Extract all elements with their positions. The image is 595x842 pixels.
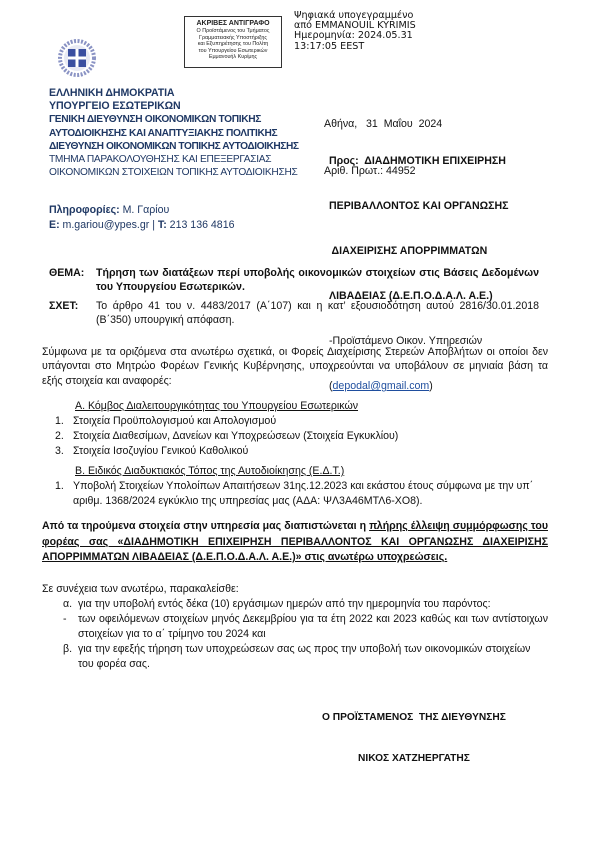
- subject-text: Τήρηση των διατάξεων περί υποβολής οικον…: [96, 266, 539, 295]
- requests: Σε συνέχεια των ανωτέρω, παρακαλείσθε: α…: [42, 582, 548, 672]
- item-text: Υποβολή Στοιχείων Υπολοίπων Απαιτήσεων 3…: [73, 480, 533, 507]
- request-subitem: - των οφειλόμενων στοιχείων μηνός Δεκεμβ…: [42, 612, 548, 642]
- info-label: Πληροφορίες:: [49, 204, 120, 216]
- reference-text: Το άρθρο 41 του ν. 4483/2017 (Α΄107) και…: [96, 299, 539, 328]
- letterhead-general-directorate: ΓΕΝΙΚΗ ΔΙΕΥΘΥΝΣΗ ΟΙΚΟΝΟΜΙΚΩΝ ΤΟΠΙΚΗΣ: [49, 113, 299, 126]
- certified-copy-stamp: ΑΚΡΙΒΕΣ ΑΝΤΙΓΡΑΦΟ Ο Προϊστάμενος του Τμή…: [184, 16, 282, 68]
- info-value: Μ. Γαρίου: [120, 204, 170, 216]
- item-number: α.: [63, 597, 72, 612]
- letterhead-department: ΟΙΚΟΝΟΜΙΚΩΝ ΣΤΟΙΧΕΙΩΝ ΤΟΠΙΚΗΣ ΑΥΤΟΔΙΟΙΚΗ…: [49, 166, 299, 179]
- list-item: 1. Υποβολή Στοιχείων Υπολοίπων Απαιτήσεω…: [55, 479, 548, 509]
- digital-signature: Ψηφιακά υπογεγραμμένο από EMMANOUIL KYRI…: [294, 11, 416, 52]
- section-a: Α. Κόμβος Διαλειτουργικότητας του Υπουργ…: [42, 399, 548, 459]
- item-text: των οφειλόμενων στοιχείων μηνός Δεκεμβρί…: [78, 613, 548, 640]
- recipient-name: ΠΕΡΙΒΑΛΛΟΝΤΟΣ ΚΑΙ ΟΡΓΑΝΩΣΗΣ: [329, 199, 508, 214]
- email-value[interactable]: m.gariou@ypes.gr: [60, 219, 150, 231]
- separator: |: [149, 219, 158, 231]
- list-item: 2.Στοιχεία Διαθεσίμων, Δανείων και Υποχρ…: [55, 429, 548, 444]
- greek-coat-of-arms-icon: [58, 39, 96, 77]
- item-number: 2.: [55, 429, 73, 444]
- subject-row: ΘΕΜΑ: Τήρηση των διατάξεων περί υποβολής…: [49, 266, 539, 295]
- contact-info: Πληροφορίες: Μ. Γαρίου Ε: m.gariou@ypes.…: [49, 203, 234, 233]
- item-number: 1.: [55, 414, 73, 429]
- letterhead-ministry: ΥΠΟΥΡΓΕΙΟ ΕΣΩΤΕΡΙΚΩΝ: [49, 100, 299, 113]
- item-bullet: -: [63, 612, 67, 627]
- item-text: Στοιχεία Ισοζυγίου Γενικού Καθολικού: [73, 445, 248, 457]
- reference-row: ΣΧΕΤ: Το άρθρο 41 του ν. 4483/2017 (Α΄10…: [49, 299, 539, 328]
- stamp-line: και Εξυπηρέτησης του Πολίτη: [185, 41, 281, 48]
- signatory-title: Ο ΠΡΟΪΣΤΑΜΕΝΟΣ ΤΗΣ ΔΙΕΥΘΥΝΣΗΣ: [322, 711, 506, 725]
- finding-paragraph: Από τα τηρούμενα στοιχεία στην υπηρεσία …: [42, 519, 548, 566]
- letterhead-general-directorate: ΑΥΤΟΔΙΟΙΚΗΣΗΣ ΚΑΙ ΑΝΑΠΤΥΞΙΑΚΗΣ ΠΟΛΙΤΙΚΗΣ: [49, 127, 299, 140]
- letterhead-department: ΤΜΗΜΑ ΠΑΡΑΚΟΛΟΥΘΗΣΗΣ ΚΑΙ ΕΠΕΞΕΡΓΑΣΙΑΣ: [49, 153, 299, 166]
- request-item: α. για την υποβολή εντός δέκα (10) εργάσ…: [42, 597, 548, 612]
- email-label: Ε:: [49, 219, 60, 231]
- list-item: 1.Στοιχεία Προϋπολογισμού και Απολογισμο…: [55, 414, 548, 429]
- phone-label: Τ:: [158, 219, 167, 231]
- list-item: 3.Στοιχεία Ισοζυγίου Γενικού Καθολικού: [55, 444, 548, 459]
- requests-intro: Σε συνέχεια των ανωτέρω, παρακαλείσθε:: [42, 582, 548, 597]
- signatory-name: ΝΙΚΟΣ ΧΑΤΖΗΕΡΓΑΤΗΣ: [358, 752, 470, 766]
- recipient-name: ΔΙΑΔΗΜΟΤΙΚΗ ΕΠΙΧΕΙΡΗΣΗ: [359, 155, 506, 167]
- intro-paragraph: Σύμφωνα με τα οριζόμενα στα ανωτέρω σχετ…: [42, 345, 548, 388]
- section-a-title: Α. Κόμβος Διαλειτουργικότητας του Υπουργ…: [75, 399, 548, 414]
- letterhead-country: ΕΛΛΗΝΙΚΗ ΔΗΜΟΚΡΑΤΙΑ: [49, 87, 299, 100]
- stamp-line: Ο Προϊστάμενος του Τμήματος: [185, 28, 281, 35]
- subject-label: ΘΕΜΑ:: [49, 266, 84, 280]
- stamp-line: Εμμανουήλ Κυρίμης: [185, 54, 281, 61]
- item-text: Στοιχεία Προϋπολογισμού και Απολογισμού: [73, 415, 276, 427]
- letterhead: ΕΛΛΗΝΙΚΗ ΔΗΜΟΚΡΑΤΙΑ ΥΠΟΥΡΓΕΙΟ ΕΣΩΤΕΡΙΚΩΝ…: [49, 87, 299, 179]
- recipient-name: ΔΙΑΧΕΙΡΙΣΗΣ ΑΠΟΡΡΙΜΜΑΤΩΝ: [329, 244, 508, 259]
- item-text: για την εφεξής τήρηση των υποχρεώσεων σα…: [78, 643, 530, 670]
- item-number: β.: [63, 642, 72, 657]
- item-number: 1.: [55, 479, 64, 494]
- recipient-label: Προς:: [329, 155, 359, 167]
- section-b: Β. Ειδικός Διαδυκτιακός Τόπος της Αυτοδι…: [42, 464, 548, 509]
- stamp-title: ΑΚΡΙΒΕΣ ΑΝΤΙΓΡΑΦΟ: [185, 20, 281, 28]
- request-item: β. για την εφεξής τήρηση των υποχρεώσεων…: [42, 642, 548, 672]
- item-text: Στοιχεία Διαθεσίμων, Δανείων και Υποχρεώ…: [73, 430, 398, 442]
- signature-line: 13:17:05 EEST: [294, 42, 416, 52]
- letterhead-directorate: ΔΙΕΥΘΥΝΣΗ ΟΙΚΟΝΟΜΙΚΩΝ ΤΟΠΙΚΗΣ ΑΥΤΟΔΙΟΙΚΗ…: [49, 140, 299, 153]
- finding-text: Από τα τηρούμενα στοιχεία στην υπηρεσία …: [42, 520, 369, 532]
- item-number: 3.: [55, 444, 73, 459]
- item-text: για την υποβολή εντός δέκα (10) εργάσιμω…: [78, 598, 491, 610]
- reference-label: ΣΧΕΤ:: [49, 299, 78, 313]
- section-b-title: Β. Ειδικός Διαδυκτιακός Τόπος της Αυτοδι…: [75, 464, 548, 479]
- phone-value: 213 136 4816: [167, 219, 235, 231]
